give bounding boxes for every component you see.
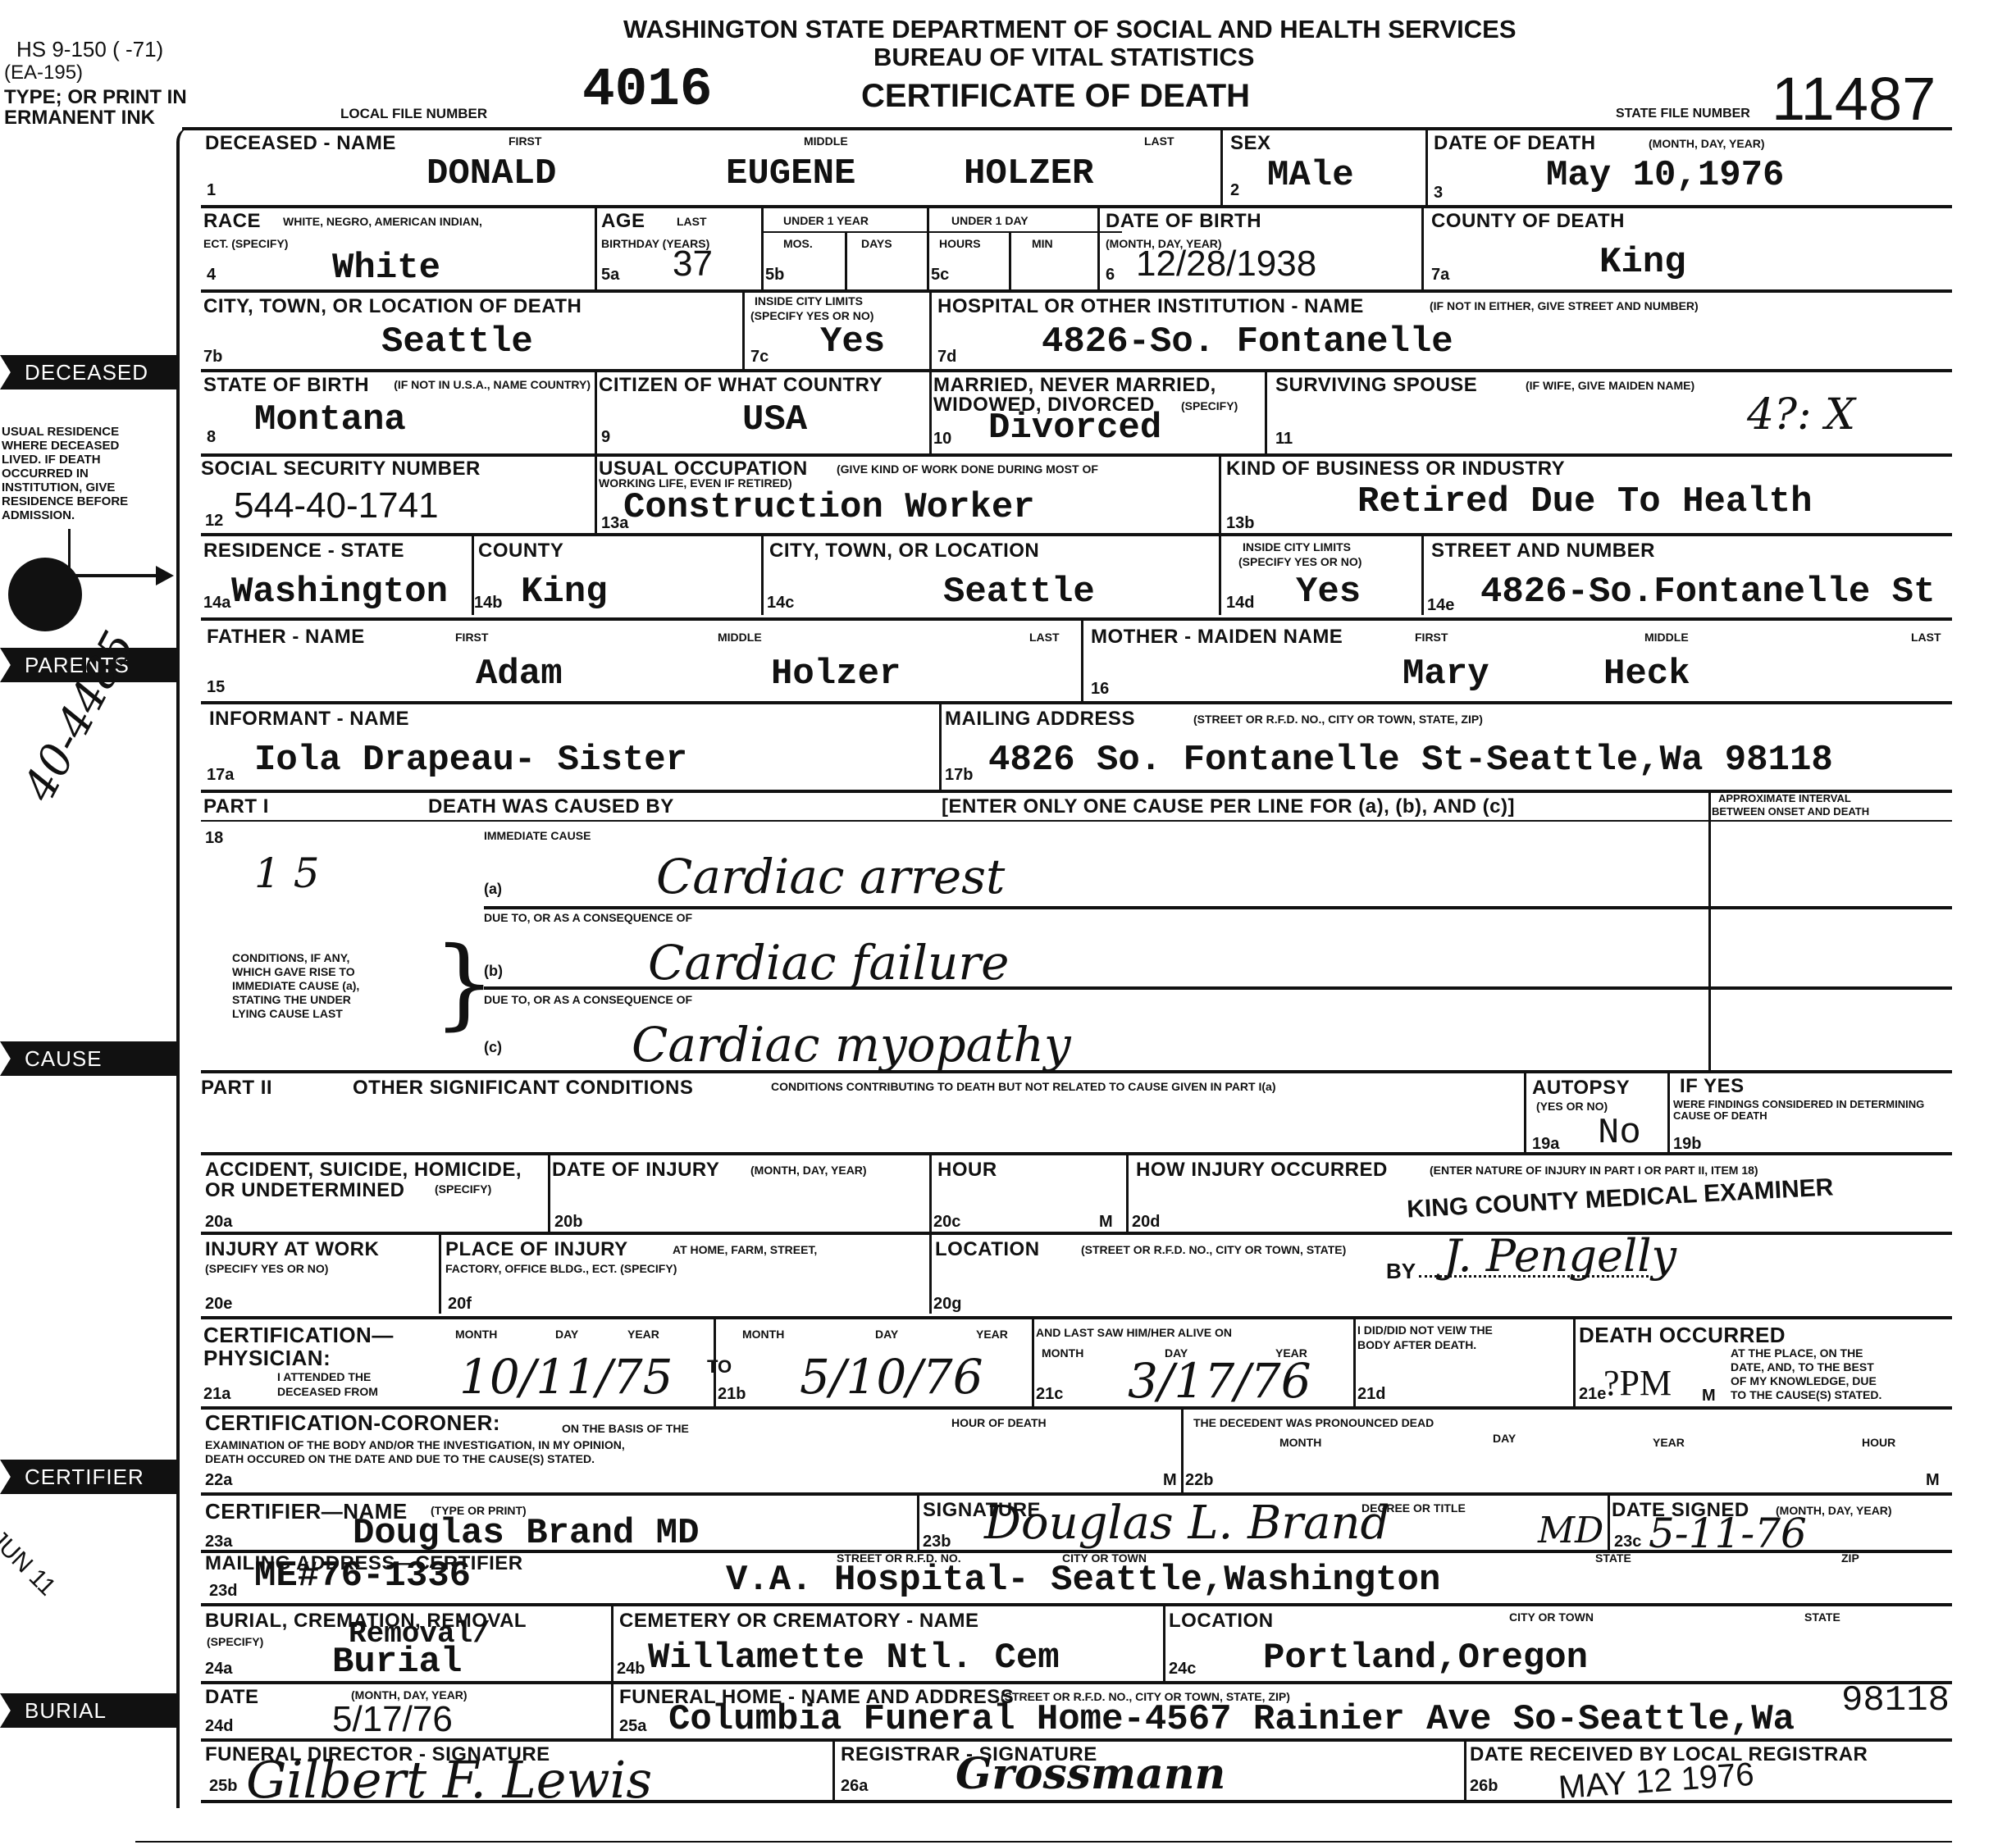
funeral-home-zip: 98118 <box>1841 1683 1950 1719</box>
residence-county: King <box>521 574 608 610</box>
social-security-number: 544-40-1741 <box>234 488 439 524</box>
hour-of-death-physician: ?PM <box>1603 1365 1672 1401</box>
marital-status: Divorced <box>988 410 1161 446</box>
inside-city-limits: Yes <box>820 324 885 360</box>
brace-icon: } <box>433 935 495 1033</box>
deceased-last-name: HOLZER <box>964 156 1093 192</box>
medical-examiner-number: ME#76-1336 <box>254 1558 471 1594</box>
funeral-director-signature: Gilbert F. Lewis <box>246 1755 652 1806</box>
residence-city: Seattle <box>943 574 1095 610</box>
form-code-secondary: (EA-195) <box>4 61 83 84</box>
attended-to-date: 5/10/76 <box>800 1353 983 1401</box>
certifier-mailing-address: V.A. Hospital- Seattle,Washington <box>726 1562 1440 1598</box>
residence-note: USUAL RESIDENCE WHERE DECEASED LIVED. IF… <box>2 425 166 522</box>
autopsy-value: No <box>1598 1115 1641 1151</box>
certifier-signature: Douglas L. Brand <box>984 1501 1389 1547</box>
state-file-label: STATE FILE NUMBER <box>1616 107 1750 121</box>
attended-from-date: 10/11/75 <box>459 1353 673 1401</box>
pointer-dot-icon <box>8 558 82 631</box>
state-file-number: 11487 <box>1772 64 1936 134</box>
section-tab-cause: CAUSE <box>0 1041 176 1076</box>
informant-name: Iola Drapeau- Sister <box>254 742 687 778</box>
residence-street: 4826-So.Fontanelle St <box>1480 574 1936 610</box>
date-signed: 5-11-76 <box>1649 1513 1807 1554</box>
examiner-signature: J. Pengelly <box>1444 1234 1676 1278</box>
hospital-name: 4826-So. Fontanelle <box>1042 324 1453 360</box>
immediate-cause-a: Cardiac arrest <box>656 853 1005 900</box>
father-first-name: Adam <box>476 656 563 692</box>
burial-location: Portland,Oregon <box>1263 1640 1588 1676</box>
state-of-birth: Montana <box>254 402 406 438</box>
burial-date: 5/17/76 <box>332 1701 453 1738</box>
last-saw-alive-date: 3/17/76 <box>1128 1357 1311 1405</box>
instruction-line-1: TYPE; OR PRINT IN <box>4 86 187 109</box>
informant-address: 4826 So. Fontanelle St-Seattle,Wa 98118 <box>988 742 1833 778</box>
underlying-cause-c: Cardiac myopathy <box>632 1021 1071 1068</box>
mother-last-name: Heck <box>1603 656 1690 692</box>
arrow-right-icon <box>156 566 174 585</box>
sex-value: MAle <box>1267 157 1354 194</box>
usual-occupation: Construction Worker <box>623 490 1035 526</box>
spouse-margin-note: 4?: X <box>1747 394 1855 436</box>
occurred-note: AT THE PLACE, ON THE DATE, AND, TO THE B… <box>1731 1346 1881 1402</box>
deceased-name-label: DECEASED - NAME <box>205 134 396 153</box>
cemetery-name: Willamette Ntl. Cem <box>648 1640 1060 1676</box>
mother-first-name: Mary <box>1403 656 1489 692</box>
local-file-label: LOCAL FILE NUMBER <box>340 107 487 122</box>
pointer-stem <box>68 529 71 578</box>
citizenship: USA <box>742 402 807 438</box>
registrar-signature: Grossmann <box>956 1753 1225 1796</box>
local-file-number: 4016 <box>582 59 712 121</box>
page-title: CERTIFICATE OF DEATH <box>861 78 1250 115</box>
deceased-first-name: DONALD <box>426 156 556 192</box>
form-code: HS 9-150 ( -71) <box>16 37 163 62</box>
arrow-shaft <box>70 574 160 577</box>
residence-inside-city: Yes <box>1296 574 1361 610</box>
section-tab-deceased: DECEASED <box>0 355 176 389</box>
kind-of-business: Retired Due To Health <box>1357 484 1813 520</box>
cause-margin-note: 1 5 <box>254 853 320 894</box>
deceased-middle-name: EUGENE <box>726 156 855 192</box>
due-to-cause-b: Cardiac failure <box>648 939 1009 986</box>
margin-stamp: JUN 11 <box>0 1525 61 1601</box>
father-last-name: Holzer <box>771 656 901 692</box>
certifier-degree: MD <box>1538 1513 1603 1549</box>
bottom-edge <box>135 1841 1952 1843</box>
agency-name: WASHINGTON STATE DEPARTMENT OF SOCIAL AN… <box>623 15 1517 44</box>
stamp-by-label: BY <box>1386 1259 1416 1284</box>
county-of-death: King <box>1599 244 1686 280</box>
certifier-name: Douglas Brand MD <box>353 1515 699 1551</box>
section-tab-certifier: CERTIFIER <box>0 1460 176 1494</box>
date-of-death: May 10,1976 <box>1546 157 1784 194</box>
date-of-birth: 12/28/1938 <box>1136 246 1316 282</box>
instruction-line-2: ERMANENT INK <box>4 107 155 130</box>
city-of-death: Seattle <box>381 324 533 360</box>
age-value: 37 <box>673 246 713 282</box>
bureau-name: BUREAU OF VITAL STATISTICS <box>873 43 1254 72</box>
disposition-line-2: Burial <box>332 1644 462 1680</box>
race-value: White <box>332 250 440 286</box>
residence-state: Washington <box>231 574 448 610</box>
funeral-home: Columbia Funeral Home-4567 Rainier Ave S… <box>668 1701 1795 1738</box>
conditions-note: CONDITIONS, IF ANY, WHICH GAVE RISE TO I… <box>232 951 359 1021</box>
section-tab-burial: BURIAL <box>0 1693 176 1728</box>
